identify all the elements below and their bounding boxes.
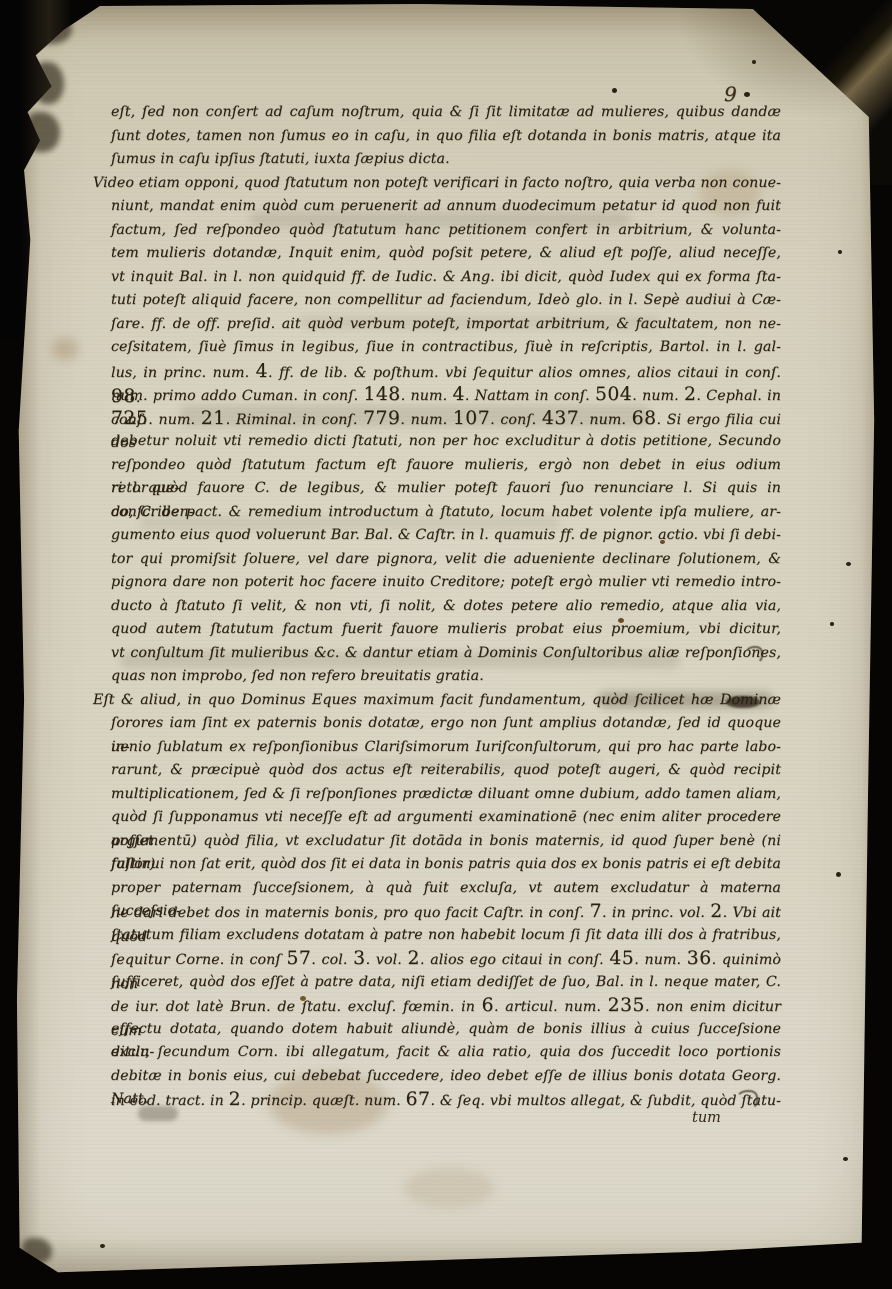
text-line: lus, in princ. num. 4. ff. de lib. & poſ… — [93, 360, 781, 384]
paragraph: Eſt & aliud, in quo Dominus Eques maximu… — [93, 689, 781, 1112]
text-line: proper paternam ſucceſsionem, à quà fuit… — [93, 877, 781, 901]
text-line: gumento eius quod voluerunt Bar. Bal. & … — [93, 524, 781, 548]
text-line: in eod. tract. in 2. princip. quæſt. num… — [93, 1088, 781, 1112]
text-block: eſt, ſed non conſert ad caſum noſtrum, q… — [93, 101, 781, 1112]
text-line: 725. num. 21. Riminal. in conſ. 779. num… — [93, 407, 781, 431]
text-line: debitæ in bonis eius, cui debebat ſucced… — [93, 1065, 781, 1089]
text-line: multiplicationem, ſed & ſi reſponſiones … — [93, 783, 781, 807]
text-line: ſuſtinui non ſat erit, quòd dos ſit ei d… — [93, 853, 781, 877]
text-line: argumentū) quòd filia, vt excludatur ſit… — [93, 830, 781, 854]
text-line: num. primo addo Cuman. in conſ. 148. num… — [93, 383, 781, 407]
ink-speck — [838, 250, 842, 254]
text-line: uenio ſublatum ex reſponſionibus Clariſs… — [93, 736, 781, 760]
stain — [404, 1168, 494, 1208]
text-line: eſt, ſed non conſert ad caſum noſtrum, q… — [93, 101, 781, 125]
ink-speck — [836, 872, 841, 877]
text-line: ſtatutum filiam excludens dotatam à patr… — [93, 924, 781, 948]
text-line: ſare. ff. de off. preſid. ait quòd verbu… — [93, 313, 781, 337]
text-line: Eſt & aliud, in quo Dominus Eques maximu… — [93, 689, 781, 713]
text-line: ducto à ſtatuto ſi velit, & non vti, ſi … — [93, 595, 781, 619]
text-line: pignora dare non poterit hoc facere inui… — [93, 571, 781, 595]
ink-speck — [612, 88, 617, 93]
text-line: ceſsitatem, ſiuè ſimus in legibus, ſiue … — [93, 336, 781, 360]
text-line: factum, ſed reſpondeo quòd ſtatutum hanc… — [93, 219, 781, 243]
text-line: tuti poteſt aliquid facere, non compelli… — [93, 289, 781, 313]
ink-speck — [830, 622, 834, 626]
text-line: debetur noluit vti remedio dicti ſtatuti… — [93, 430, 781, 454]
ink-speck — [846, 562, 851, 566]
paragraph: Video etiam opponi, quod ſtatutum non po… — [93, 172, 781, 689]
text-line: reſpondeo quòd ſtatutum factum eſt fauor… — [93, 454, 781, 478]
text-line: ſufficeret, quòd dos eſſet à patre data,… — [93, 971, 781, 995]
text-line: tem mulieris dotandæ, Inquit enim, quòd … — [93, 242, 781, 266]
text-line: quod autem ſtatutum factum fuerit fauore… — [93, 618, 781, 642]
book-scan: 9 eſt, ſed non conſert ad caſum noſtrum,… — [0, 0, 892, 1289]
text-line: Video etiam opponi, quod ſtatutum non po… — [93, 172, 781, 196]
text-line: vt conſultum ſit mulieribus &c. & dantur… — [93, 642, 781, 666]
text-line: ne dari debet dos in maternis bonis, pro… — [93, 900, 781, 924]
text-line: quas non improbo, ſed non refero breuita… — [93, 665, 781, 689]
text-line: vt inquit Bal. in l. non quidquid ff. de… — [93, 266, 781, 290]
stain — [52, 338, 78, 360]
text-line: niunt, mandat enim quòd cum peruenerit a… — [93, 195, 781, 219]
paper-sheet: 9 eſt, ſed non conſert ad caſum noſtrum,… — [0, 0, 892, 1289]
text-line: ſumus in caſu ipſius ſtatuti, iuxta ſæpi… — [93, 148, 781, 172]
text-line: quòd ſi ſupponamus vti neceſſe eſt ad ar… — [93, 806, 781, 830]
ink-speck — [744, 92, 750, 97]
text-line: ſorores iam ſint ex paternis bonis dotat… — [93, 712, 781, 736]
torn-edge-mark — [22, 1238, 52, 1264]
text-line: ſequitur Corne. in conſ 57. col. 3. vol.… — [93, 947, 781, 971]
text-line: effectu dotata, quando dotem habuit aliu… — [93, 1018, 781, 1042]
ink-speck — [100, 1244, 105, 1248]
ink-speck — [843, 1157, 848, 1161]
text-line: tor qui promiſsit ſoluere, vel dare pign… — [93, 548, 781, 572]
text-line: ſunt dotes, tamen non ſumus eo in caſu, … — [93, 125, 781, 149]
text-line: ri l. quòd fauore C. de legibus, & mulie… — [93, 477, 781, 501]
text-line: ditur, ſecundum Corn. ibi allegatum, fac… — [93, 1041, 781, 1065]
text-line: rarunt, & præcipuè quòd dos actus eſt re… — [93, 759, 781, 783]
paragraph: eſt, ſed non conſert ad caſum noſtrum, q… — [93, 101, 781, 172]
ink-speck — [752, 60, 756, 64]
text-line: de iur. dot latè Brun. de ſtatu. excluſ.… — [93, 994, 781, 1018]
catchword: tum — [692, 1110, 721, 1126]
text-line: do, C. de pact. & remedium introductum à… — [93, 501, 781, 525]
